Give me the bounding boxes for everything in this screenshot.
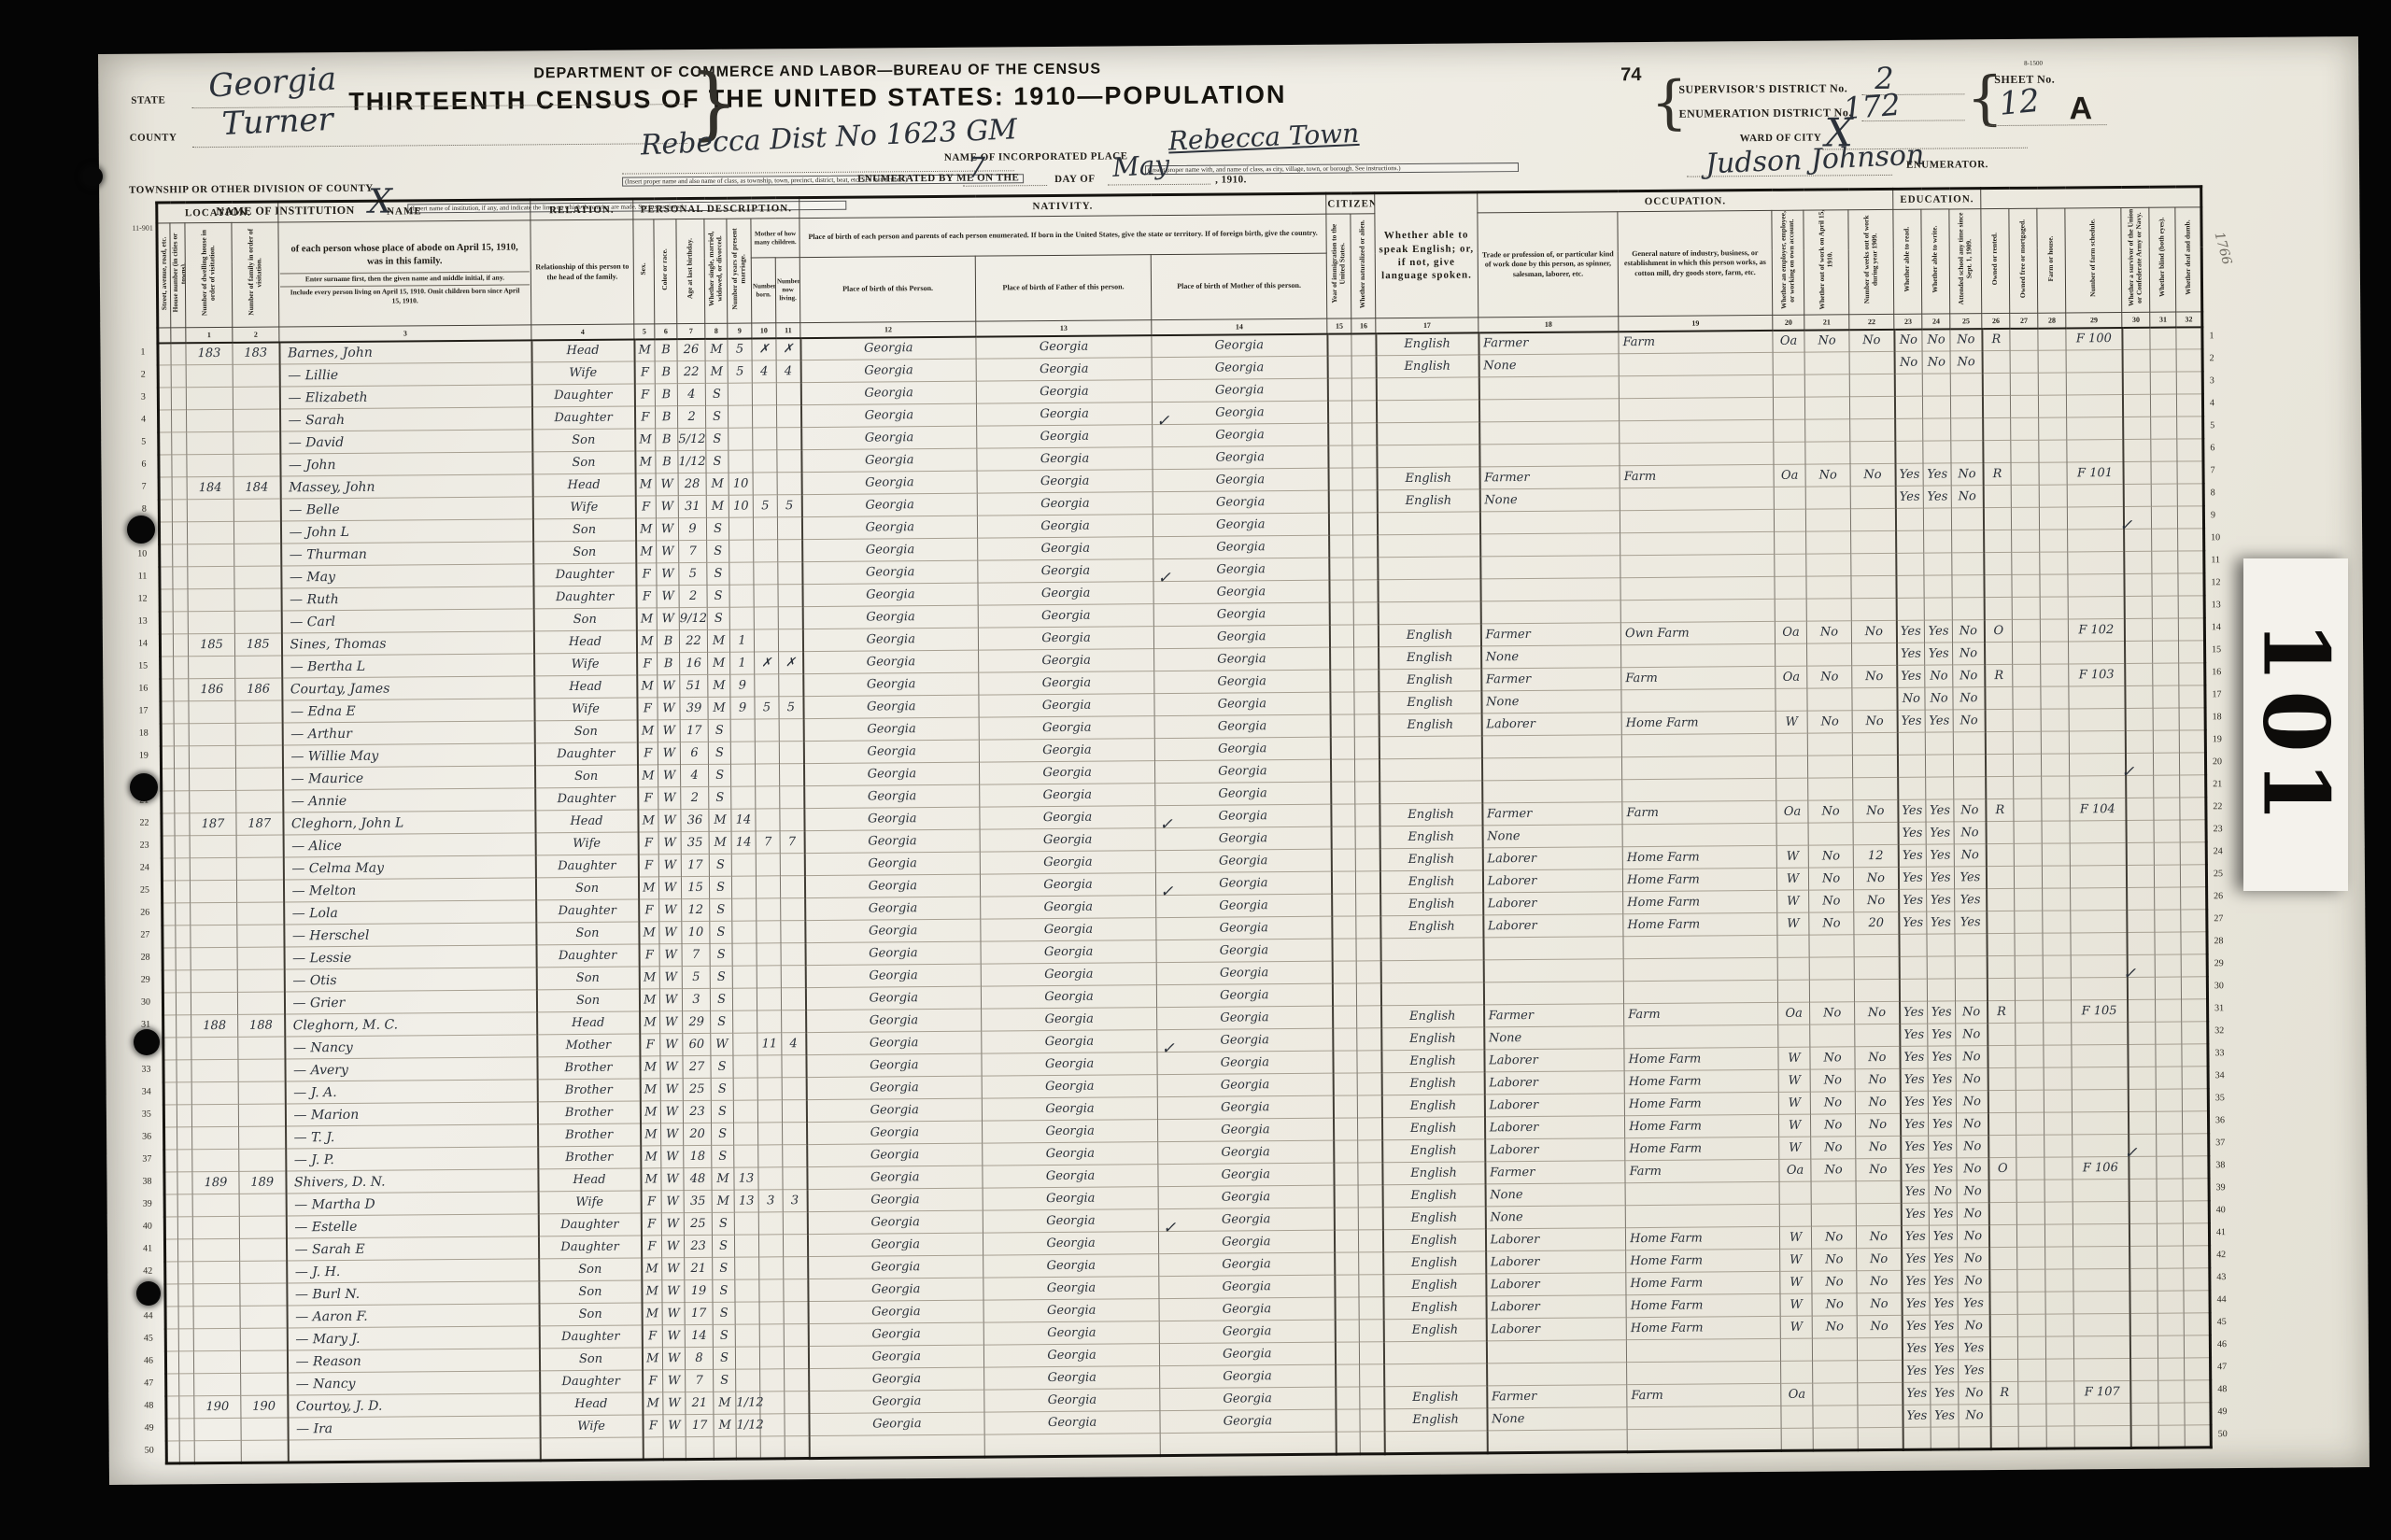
cell — [1620, 554, 1775, 577]
cell — [175, 858, 190, 881]
enumerated-year: , 1910. — [1215, 174, 1247, 185]
cell — [237, 925, 284, 947]
cell: M — [638, 810, 658, 832]
col-header-children-living: Number now living. — [775, 258, 800, 323]
cell: No — [1958, 1248, 1989, 1270]
row-number: 49 — [121, 1418, 153, 1440]
cell — [2152, 551, 2178, 573]
cell — [780, 786, 804, 809]
cell: 187 — [190, 812, 236, 835]
column-number: 16 — [1351, 318, 1376, 333]
cell: Laborer — [1485, 1138, 1625, 1162]
cell: W — [711, 1033, 733, 1055]
township-label: TOWNSHIP OR OTHER DIVISION OF COUNTY — [129, 183, 374, 196]
cell — [785, 1392, 809, 1414]
row-number: 50 — [122, 1440, 154, 1462]
cell — [1924, 575, 1952, 598]
cell: Georgia — [801, 493, 977, 516]
cell: No — [1958, 1270, 1989, 1293]
cell — [1625, 1181, 1779, 1205]
cell — [2128, 1044, 2156, 1067]
cell: W — [1780, 1293, 1812, 1316]
row-number: 9 — [2211, 504, 2244, 527]
cell: 17 — [680, 719, 708, 742]
cell — [1622, 756, 1776, 779]
cell — [2158, 1291, 2184, 1313]
cell — [2072, 1067, 2128, 1089]
cell — [173, 589, 188, 612]
cell: Laborer — [1481, 713, 1621, 736]
cell — [172, 522, 187, 544]
check-mark: ✓ — [1156, 412, 1169, 431]
cell — [1988, 1202, 2016, 1224]
cell — [1988, 1045, 2016, 1067]
cell — [778, 540, 802, 562]
cell: 189 — [239, 1171, 286, 1194]
cell: Home Farm — [1626, 1316, 1780, 1339]
cell: Georgia — [982, 1008, 1157, 1031]
cell — [1989, 1269, 2017, 1292]
cell: Oa — [1776, 800, 1808, 823]
cell: Daughter — [532, 406, 635, 430]
cell: — John L — [280, 519, 532, 544]
cell — [161, 746, 174, 769]
cell: Georgia — [806, 1076, 982, 1099]
cell: Georgia — [1159, 1275, 1335, 1298]
cell — [2039, 440, 2067, 462]
cell: No — [1959, 1405, 1990, 1427]
cell — [756, 764, 780, 786]
cell — [1985, 642, 2013, 664]
col-header-relation: Relationship of this person to the head … — [531, 219, 634, 325]
cell — [158, 343, 171, 365]
cell — [1852, 687, 1897, 710]
cell — [2015, 978, 2043, 1000]
cell — [194, 1418, 241, 1440]
cell — [734, 1145, 758, 1167]
cell — [2184, 1246, 2210, 1268]
cell — [2045, 1269, 2073, 1292]
cell — [1479, 399, 1620, 422]
cell — [2155, 887, 2181, 910]
cell — [1813, 1406, 1858, 1428]
cell — [1620, 397, 1774, 420]
cell: Yes — [1959, 1360, 1990, 1382]
row-number: 37 — [2215, 1132, 2249, 1154]
cell: 186 — [235, 678, 282, 700]
cell — [778, 607, 802, 629]
cell: None — [1484, 1026, 1624, 1050]
column-number: 9 — [728, 323, 752, 338]
cell: English — [1380, 870, 1483, 894]
cell — [2015, 866, 2043, 888]
cell — [2045, 1314, 2073, 1336]
cell — [2124, 596, 2152, 618]
cell — [1355, 782, 1379, 804]
cell — [164, 1127, 177, 1150]
cell — [1327, 378, 1351, 401]
cell: No — [1954, 822, 1986, 844]
row-number: 11 — [115, 566, 147, 588]
cell — [1483, 959, 1623, 982]
cell — [1853, 755, 1898, 777]
cell — [1926, 755, 1954, 777]
cell — [1353, 580, 1378, 602]
page-stamp: 101 — [2243, 558, 2348, 891]
cell — [175, 813, 190, 836]
cell — [190, 857, 236, 880]
cell: F — [639, 899, 659, 922]
cell — [2042, 754, 2070, 776]
cell — [2040, 619, 2068, 642]
place-value: Rebecca Town — [1167, 118, 1360, 157]
cell: Georgia — [978, 627, 1153, 650]
cell: — Elizabeth — [279, 385, 531, 409]
cell — [2038, 373, 2066, 395]
check-mark: ✓ — [1160, 883, 1173, 901]
column-number: 13 — [976, 320, 1152, 336]
cell: English — [1377, 467, 1479, 490]
column-number: 21 — [1804, 315, 1849, 330]
cell — [757, 1055, 782, 1078]
cell: Georgia — [981, 963, 1156, 986]
cell: W — [658, 765, 681, 787]
cell — [730, 742, 755, 764]
cell — [1781, 1361, 1813, 1383]
cell — [1806, 531, 1851, 554]
cell: W — [658, 832, 681, 855]
cell — [2185, 1380, 2211, 1403]
cell — [1777, 980, 1809, 1002]
cell — [2070, 775, 2126, 798]
cell — [189, 700, 235, 723]
cell: Georgia — [1157, 1073, 1333, 1096]
cell: Georgia — [1153, 401, 1328, 424]
cell — [2151, 439, 2177, 461]
cell — [2181, 910, 2207, 932]
cell: Cleghorn, John L — [283, 811, 535, 835]
cell: No — [1957, 1113, 1988, 1136]
cell — [783, 1167, 807, 1190]
cell — [1328, 401, 1352, 423]
cell: Head — [535, 810, 638, 833]
cell — [2177, 417, 2203, 439]
cell: Son — [534, 720, 637, 743]
cell — [1927, 956, 1955, 979]
cell — [2073, 1268, 2129, 1291]
cell — [1359, 1275, 1383, 1297]
cell: Yes — [1897, 665, 1925, 687]
cell: S — [711, 1078, 733, 1100]
cell: Laborer — [1486, 1250, 1626, 1274]
cell: Son — [535, 877, 638, 900]
cell — [757, 898, 781, 921]
cell — [162, 881, 175, 903]
cell — [2041, 664, 2069, 686]
cell: S — [710, 898, 732, 921]
cell — [1380, 960, 1483, 983]
cell — [1927, 979, 1955, 1001]
cell: Georgia — [1156, 939, 1332, 962]
cell: W — [662, 1303, 685, 1325]
cell: 3 — [682, 988, 710, 1010]
cell: Laborer — [1484, 1049, 1624, 1072]
row-number: 17 — [2212, 684, 2245, 706]
cell: 7 — [780, 831, 804, 854]
cell — [2179, 730, 2205, 753]
column-number: 20 — [1773, 315, 1804, 330]
cell — [2157, 1111, 2183, 1134]
cell — [1952, 553, 1984, 575]
cell — [757, 966, 781, 988]
cell: Georgia — [982, 1097, 1157, 1121]
row-number: 37 — [120, 1149, 151, 1171]
cell — [2155, 865, 2181, 887]
cell — [2178, 618, 2204, 641]
cell — [2127, 887, 2155, 910]
cell: — Celma May — [283, 855, 535, 880]
cell — [2183, 1201, 2209, 1223]
cell: Home Farm — [1624, 1092, 1778, 1115]
cell — [753, 450, 777, 473]
cell: 11 — [757, 1033, 782, 1055]
cell — [1481, 735, 1621, 758]
cell: Barnes, John — [279, 340, 531, 364]
cell — [2182, 1022, 2208, 1044]
cell: Laborer — [1484, 1094, 1624, 1117]
cell — [731, 854, 756, 876]
cell — [1354, 737, 1379, 759]
cell — [1335, 1252, 1359, 1275]
cell — [1807, 643, 1852, 666]
census-table-body: 183183Barnes, JohnHeadMB26M5✗✗GeorgiaGeo… — [158, 327, 2212, 1463]
cell — [1359, 1297, 1383, 1320]
cell: Georgia — [806, 1031, 982, 1054]
cell — [2125, 663, 2153, 685]
cell — [1160, 1432, 1336, 1455]
cell: No — [1851, 620, 1896, 643]
cell: English — [1381, 1005, 1484, 1028]
cell — [756, 786, 780, 809]
cell: Georgia — [979, 694, 1154, 717]
cell: Georgia — [1153, 558, 1329, 581]
cell — [160, 589, 173, 612]
cell — [2016, 1067, 2044, 1090]
col-header-age: Age at last birthday. — [676, 219, 705, 323]
cell: No — [1808, 800, 1853, 823]
cell — [2070, 842, 2126, 865]
cell: B — [656, 451, 678, 473]
cell: Georgia — [979, 671, 1154, 695]
cell — [1336, 1432, 1360, 1454]
cell — [735, 1302, 759, 1324]
cell: English — [1381, 1027, 1484, 1051]
cell: F 107 — [2074, 1380, 2130, 1403]
cell — [1804, 352, 1849, 374]
cell: M — [634, 339, 655, 361]
census-table: LOCATION. NAME RELATION. PERSONAL DESCRI… — [155, 185, 2213, 1464]
cell: ✗ — [752, 338, 776, 360]
cell: English — [1380, 915, 1483, 939]
district-brace: { — [1650, 68, 1688, 136]
cell — [1334, 1163, 1358, 1185]
cell: Son — [539, 1258, 642, 1281]
cell: O — [1988, 1157, 2016, 1180]
cell — [2128, 1067, 2156, 1089]
cell — [1990, 1404, 2018, 1426]
cell — [165, 1284, 178, 1307]
col-header-mother-group: Mother of how many children. — [751, 219, 799, 258]
cell — [2127, 865, 2155, 887]
cell — [2181, 932, 2207, 954]
cell — [177, 1217, 192, 1239]
cell: — Willie May — [282, 743, 534, 768]
cell — [1807, 688, 1852, 711]
cell — [1480, 600, 1620, 624]
cell — [1334, 1118, 1358, 1140]
cell — [2183, 1179, 2209, 1201]
cell — [1984, 574, 2012, 597]
cell — [1851, 575, 1896, 598]
cell: Georgia — [802, 605, 978, 629]
cell: Yes — [1903, 1337, 1931, 1360]
cell — [2182, 1067, 2208, 1089]
cell: English — [1381, 1050, 1484, 1073]
cell: Georgia — [802, 538, 978, 561]
cell: Georgia — [808, 1255, 983, 1279]
cell — [165, 1351, 178, 1374]
cell — [2068, 596, 2124, 618]
row-number: 14 — [2212, 616, 2245, 639]
cell — [782, 1010, 806, 1033]
cell — [234, 611, 281, 633]
cell — [1353, 602, 1378, 625]
cell: Georgia — [1152, 378, 1327, 402]
column-number: 22 — [1849, 314, 1894, 329]
cell — [2069, 708, 2125, 730]
cell: Georgia — [979, 649, 1154, 672]
cell: No — [1953, 710, 1985, 732]
cell: M — [640, 1011, 660, 1034]
cell: Georgia — [801, 403, 977, 427]
cell — [1356, 916, 1380, 939]
cell — [1377, 445, 1479, 468]
cell: 20 — [684, 1123, 712, 1145]
cell — [2180, 842, 2206, 865]
cell — [2157, 1134, 2183, 1156]
cell: S — [713, 1279, 735, 1302]
cell — [164, 1172, 177, 1194]
cell — [2067, 394, 2123, 417]
cell: Oa — [1774, 464, 1805, 487]
cell: M — [706, 473, 729, 495]
cell: Georgia — [978, 537, 1153, 560]
cell — [760, 1414, 785, 1436]
cell — [188, 544, 234, 566]
cell — [1987, 955, 2015, 978]
cell — [1330, 670, 1354, 692]
cell — [2011, 417, 2039, 440]
cell: W — [1778, 1047, 1810, 1069]
form-code-right: 8-1500 — [2024, 60, 2043, 67]
cell: Daughter — [533, 563, 636, 586]
cell — [1775, 531, 1806, 554]
cell: 7 — [686, 1369, 714, 1392]
cell — [783, 1123, 807, 1145]
cell: Daughter — [536, 944, 639, 968]
cell — [176, 903, 191, 925]
column-number: 25 — [1950, 314, 1982, 329]
cell: M — [642, 1280, 662, 1303]
cell: No — [1855, 1091, 1900, 1113]
cell — [240, 1350, 287, 1373]
cell: 185 — [188, 633, 234, 656]
cell — [2043, 888, 2071, 911]
cell — [2179, 708, 2205, 730]
cell — [1923, 441, 1951, 463]
cell — [240, 1283, 287, 1306]
cell — [233, 364, 279, 387]
cell — [2130, 1425, 2158, 1448]
cell — [2015, 933, 2043, 955]
cell — [729, 585, 754, 607]
cell: S — [709, 764, 731, 786]
row-number: 10 — [115, 544, 147, 566]
cell — [1984, 552, 2012, 574]
cell — [777, 428, 801, 450]
cell — [732, 988, 757, 1010]
cell: F 104 — [2070, 798, 2126, 820]
cell: Georgia — [802, 628, 978, 651]
cell — [754, 562, 778, 585]
cell — [2124, 573, 2152, 596]
cell — [2130, 1335, 2158, 1358]
col-header-write: Whether able to write. — [1921, 209, 1950, 314]
cell — [171, 388, 186, 410]
cell — [1479, 444, 1620, 467]
cell — [178, 1262, 193, 1284]
cell: 23 — [684, 1235, 712, 1257]
cell: Daughter — [535, 787, 638, 811]
cell: Georgia — [980, 761, 1155, 784]
row-number: 45 — [121, 1328, 153, 1350]
cell — [1851, 598, 1896, 620]
cell — [1855, 1024, 1900, 1046]
cell — [237, 947, 284, 969]
cell — [2013, 642, 2041, 664]
cell: 18 — [684, 1145, 712, 1167]
cell — [2179, 641, 2205, 663]
cell: Georgia — [1153, 602, 1329, 626]
cell — [236, 857, 283, 880]
cell — [2157, 1179, 2183, 1201]
cell: Georgia — [804, 807, 980, 830]
cell — [2044, 1090, 2072, 1112]
cell — [2042, 821, 2070, 843]
cell — [2156, 999, 2182, 1022]
cell: Georgia — [809, 1390, 984, 1413]
cell: Yes — [1898, 822, 1926, 844]
cell: Georgia — [983, 1321, 1159, 1345]
cell — [1805, 442, 1850, 464]
cell — [757, 1078, 782, 1100]
enumerated-day: 7 — [968, 152, 985, 185]
cell — [1988, 1090, 2016, 1112]
cell: English — [1377, 489, 1479, 513]
cell — [171, 365, 186, 388]
cell — [1955, 979, 1987, 1001]
cell — [643, 1437, 663, 1460]
